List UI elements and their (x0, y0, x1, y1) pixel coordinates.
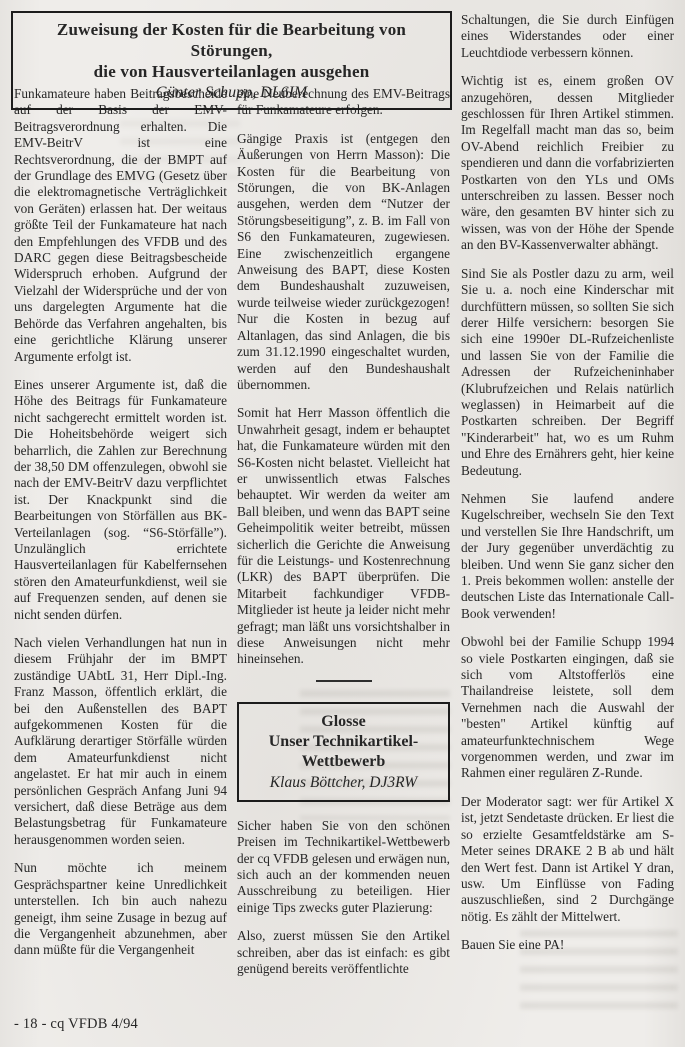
article1-paragraph: Funkamateure haben Beitragsbescheide auf… (14, 86, 227, 365)
article2-title-box: Glosse Unser Technikartikel-Wettbewerb K… (237, 702, 450, 802)
column-1: Funkamateure haben Beitragsbescheide auf… (14, 86, 227, 971)
column-2: eine Neuberechnung des EMV-Beitrags für … (237, 86, 450, 989)
article1-paragraph: Nach vielen Verhandlungen hat nun in die… (14, 635, 227, 848)
section-divider (316, 680, 372, 682)
page-footer: - 18 - cq VFDB 4/94 (14, 1016, 138, 1033)
article2-paragraph: Schaltungen, die Sie durch Einfügen eine… (461, 12, 674, 61)
article2-paragraph: Der Moderator sagt: wer für Artikel X is… (461, 794, 674, 925)
article1-author: Günter Schupp, DL6IM (23, 83, 440, 103)
article1-paragraph: Gängige Praxis ist (entgegen den Äußerun… (237, 131, 450, 394)
article1-paragraph: Nun möchte ich meinem Gesprächspartner k… (14, 860, 227, 958)
article2-paragraph: Sind Sie als Postler dazu zu arm, weil S… (461, 266, 674, 479)
article1-title-line2: die von Hausverteilanlagen ausgehen (23, 61, 440, 82)
article2-paragraph: Also, zuerst müssen Sie den Artikel schr… (237, 928, 450, 977)
article2-author: Klaus Böttcher, DJ3RW (244, 773, 443, 793)
article1-title-line1: Zuweisung der Kosten für die Bearbeitung… (23, 19, 440, 61)
magazine-page: Zuweisung der Kosten für die Bearbeitung… (0, 0, 685, 1047)
article2-paragraph: Sicher haben Sie von den schönen Preisen… (237, 818, 450, 916)
article2-paragraph: Nehmen Sie laufend andere Kugelschreiber… (461, 491, 674, 622)
article1-paragraph: Eines unserer Argumente ist, daß die Höh… (14, 377, 227, 623)
article1-title-box: Zuweisung der Kosten für die Bearbeitung… (11, 11, 452, 110)
article1-paragraph: Somit hat Herr Masson öffentlich die Unw… (237, 405, 450, 668)
article2-paragraph: Obwohl bei der Familie Schupp 1994 so vi… (461, 634, 674, 782)
article2-heading: Glosse (244, 712, 443, 732)
article2-title: Unser Technikartikel-Wettbewerb (244, 732, 443, 772)
column-3: Schaltungen, die Sie durch Einfügen eine… (461, 12, 674, 966)
article2-paragraph: Wichtig ist es, einem großen OV anzugehö… (461, 73, 674, 253)
article2-paragraph: Bauen Sie eine PA! (461, 937, 674, 953)
